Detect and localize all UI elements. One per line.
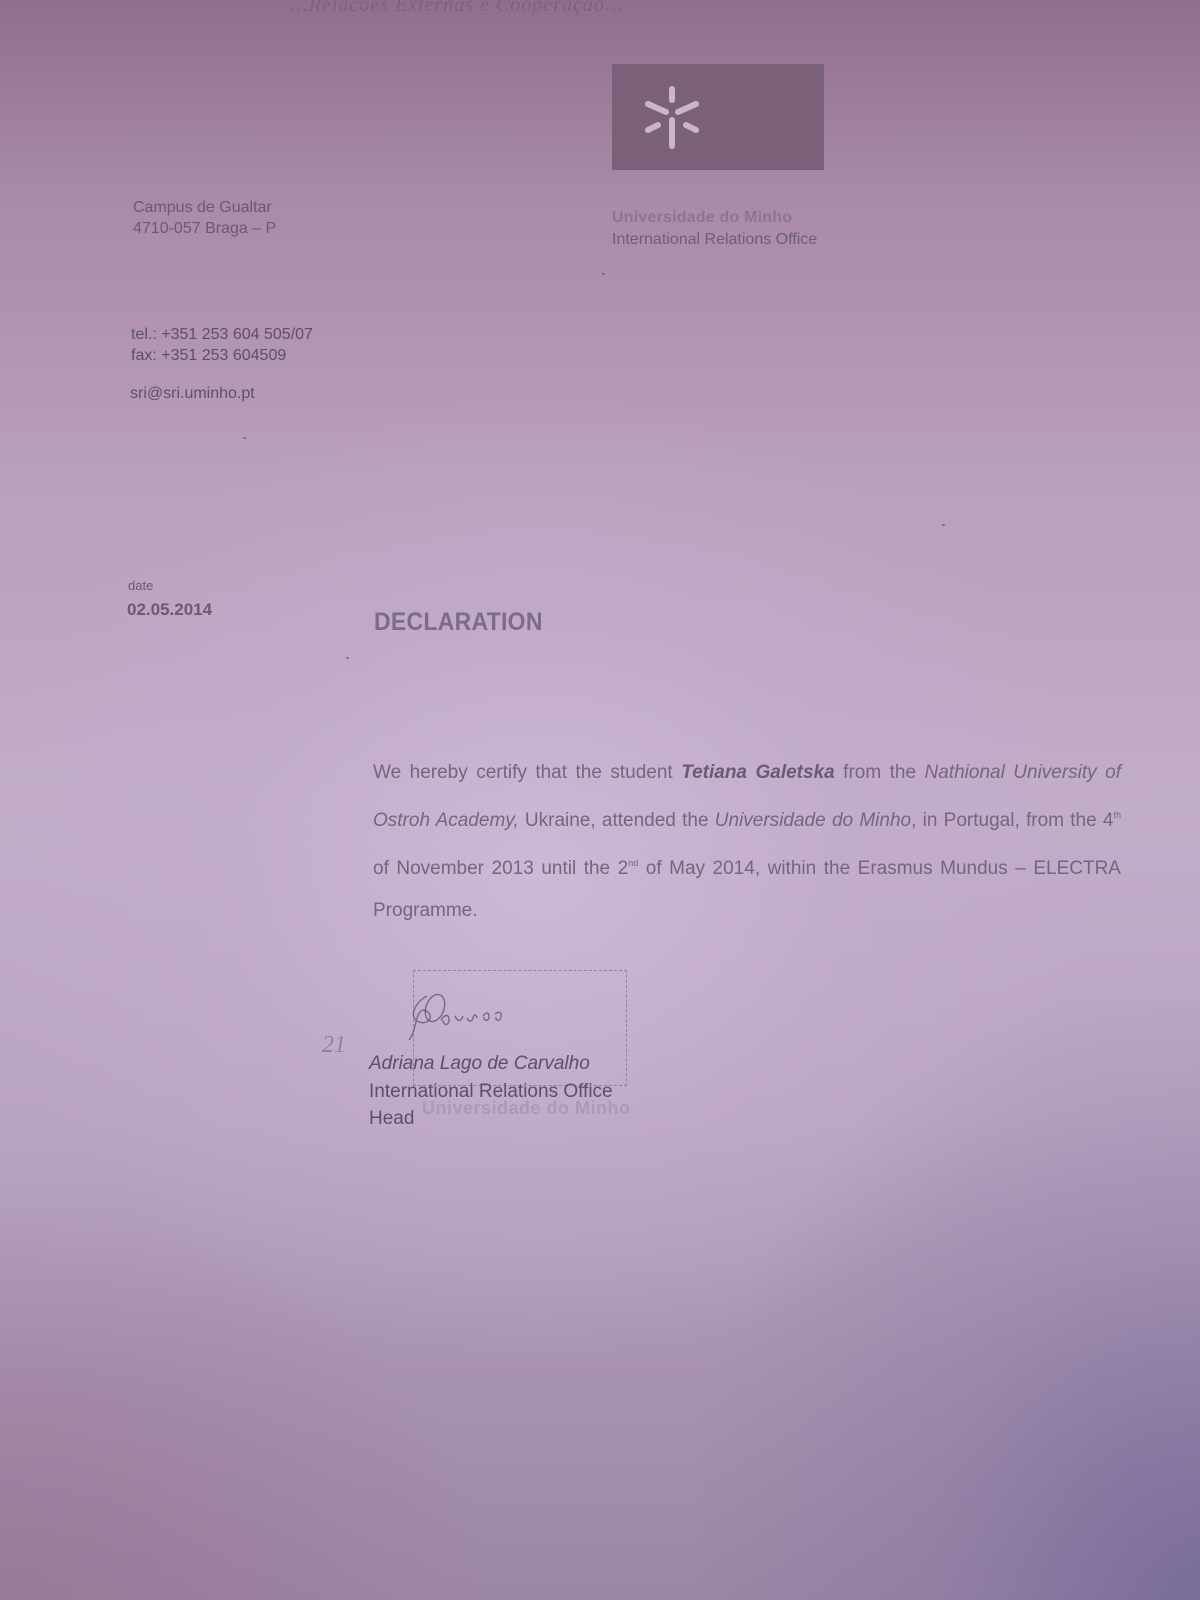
body-text-3: Ukraine, attended the <box>519 810 715 831</box>
handwritten-initials: 21 <box>322 1032 346 1059</box>
fax: fax: +351 253 604509 <box>131 345 313 366</box>
ordinal-suffix-1: th <box>1113 810 1121 820</box>
signatory-title: Head <box>369 1108 414 1130</box>
ordinal-suffix-2: nd <box>628 858 638 868</box>
host-university: Universidade do Minho <box>715 810 911 831</box>
paper-speck <box>602 273 605 275</box>
contact-block: tel.: +351 253 604 505/07 fax: +351 253 … <box>131 324 313 366</box>
paper-speck <box>346 657 349 659</box>
body-text-5: of November 2013 until the 2 <box>373 858 628 879</box>
date-value: 02.05.2014 <box>127 600 212 620</box>
document-title: DECLARATION <box>374 608 543 637</box>
office-name: International Relations Office <box>612 231 817 249</box>
paper-speck <box>243 437 246 439</box>
signatory-role: International Relations Office <box>369 1081 613 1103</box>
university-logo <box>612 64 824 170</box>
body-text-2: from the <box>835 762 925 783</box>
date-label: date <box>128 578 153 593</box>
photo-vignette-right <box>700 1000 1200 1600</box>
bleed-through-text: …Relacões Externas e Cooperação… <box>290 0 910 17</box>
email: sri@sri.uminho.pt <box>130 385 255 403</box>
student-name: Tetiana Galetska <box>681 762 835 783</box>
address-block: Campus de Gualtar 4710-057 Braga – P <box>133 197 276 239</box>
paper-speck <box>942 524 945 526</box>
declaration-body: We hereby certify that the student Tetia… <box>373 752 1121 932</box>
telephone: tel.: +351 253 604 505/07 <box>131 324 313 345</box>
university-name: Universidade do Minho <box>612 209 792 227</box>
body-text-4: , in Portugal, from the 4 <box>911 810 1113 831</box>
photo-vignette-left <box>0 1200 500 1600</box>
body-text-1: We hereby certify that the student <box>373 762 681 783</box>
uminho-asterisk-logo-icon <box>632 84 712 154</box>
address-line-2: 4710-057 Braga – P <box>133 218 276 239</box>
address-line-1: Campus de Gualtar <box>133 197 276 218</box>
handwritten-signature-icon <box>405 990 525 1045</box>
signatory-name: Adriana Lago de Carvalho <box>369 1053 590 1075</box>
